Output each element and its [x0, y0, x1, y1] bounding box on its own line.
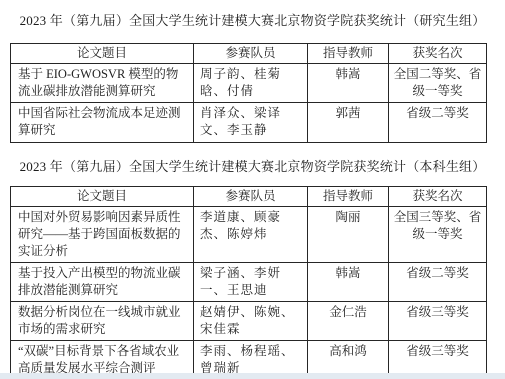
- table-header-row: 论文题目 参赛队员 指导教师 获奖名次: [11, 187, 487, 207]
- members-cell: 周子韵、桂菊晗、付倩: [194, 64, 308, 103]
- header-advisor: 指导教师: [308, 187, 389, 207]
- undergraduate-awards-table: 论文题目 参赛队员 指导教师 获奖名次 中国对外贸易影响因素异质性研究——基于跨…: [10, 186, 487, 379]
- advisor-cell: 韩嵩: [308, 64, 389, 103]
- advisor-cell: 陶丽: [308, 207, 389, 263]
- page-bottom-edge: [0, 373, 505, 379]
- table-row: 数据分析岗位在一线城市就业市场的需求研究 赵婧伊、陈婉、宋佳霖 金仁浩 省级三等…: [11, 302, 487, 341]
- table-row: 中国省际社会物流成本足迹测算研究 肖泽众、梁译文、李玉静 郭茜 省级二等奖: [11, 103, 487, 143]
- table-row: 基于 EIO-GWOSVR 模型的物流业碳排放潜能测算研究 周子韵、桂菊晗、付倩…: [11, 64, 487, 103]
- table-row: 基于投入产出模型的物流业碳排放潜能测算研究 梁子涵、李妍一、王思迪 韩嵩 省级二…: [11, 263, 487, 302]
- paper-title-cell: 数据分析岗位在一线城市就业市场的需求研究: [11, 302, 194, 341]
- advisor-cell: 金仁浩: [308, 302, 389, 341]
- header-paper-title: 论文题目: [11, 44, 194, 64]
- paper-title-cell: 基于 EIO-GWOSVR 模型的物流业碳排放潜能测算研究: [11, 64, 194, 103]
- header-team-members: 参赛队员: [194, 187, 308, 207]
- members-cell: 肖泽众、梁译文、李玉静: [194, 103, 308, 143]
- award-cell: 省级三等奖: [389, 302, 487, 341]
- header-advisor: 指导教师: [308, 44, 389, 64]
- graduate-group-title: 2023 年（第九届）全国大学生统计建模大赛北京物资学院获奖统计（研究生组）: [0, 12, 505, 29]
- undergraduate-group-title: 2023 年（第九届）全国大学生统计建模大赛北京物资学院获奖统计（本科生组）: [0, 158, 505, 175]
- paper-title-cell: 基于投入产出模型的物流业碳排放潜能测算研究: [11, 263, 194, 302]
- award-cell: 省级二等奖: [389, 263, 487, 302]
- members-cell: 梁子涵、李妍一、王思迪: [194, 263, 308, 302]
- advisor-cell: 郭茜: [308, 103, 389, 143]
- header-paper-title: 论文题目: [11, 187, 194, 207]
- document-page: 2023 年（第九届）全国大学生统计建模大赛北京物资学院获奖统计（研究生组） 论…: [0, 0, 505, 379]
- header-team-members: 参赛队员: [194, 44, 308, 64]
- award-cell: 省级二等奖: [389, 103, 487, 143]
- advisor-cell: 韩嵩: [308, 263, 389, 302]
- award-cell: 全国三等奖、省级一等奖: [389, 207, 487, 263]
- header-award-rank: 获奖名次: [389, 44, 487, 64]
- members-cell: 李道康、顾豪杰、陈婷炜: [194, 207, 308, 263]
- table-header-row: 论文题目 参赛队员 指导教师 获奖名次: [11, 44, 487, 64]
- table-row: 中国对外贸易影响因素异质性研究——基于跨国面板数据的实证分析 李道康、顾豪杰、陈…: [11, 207, 487, 263]
- award-cell: 全国二等奖、省级一等奖: [389, 64, 487, 103]
- members-cell: 赵婧伊、陈婉、宋佳霖: [194, 302, 308, 341]
- header-award-rank: 获奖名次: [389, 187, 487, 207]
- paper-title-cell: 中国省际社会物流成本足迹测算研究: [11, 103, 194, 143]
- paper-title-cell: 中国对外贸易影响因素异质性研究——基于跨国面板数据的实证分析: [11, 207, 194, 263]
- graduate-awards-table: 论文题目 参赛队员 指导教师 获奖名次 基于 EIO-GWOSVR 模型的物流业…: [10, 43, 487, 143]
